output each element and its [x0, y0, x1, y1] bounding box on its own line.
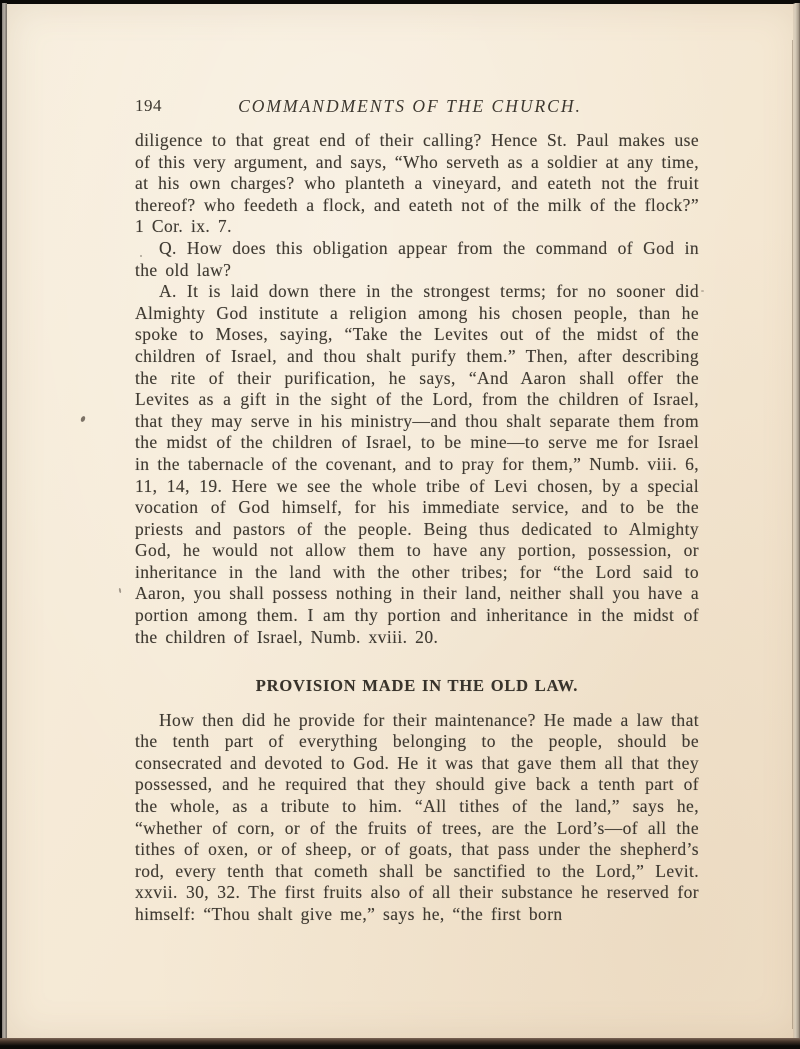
body-text-lower: PROVISION MADE IN THE OLD LAW. How then …: [135, 675, 699, 926]
section-heading: PROVISION MADE IN THE OLD LAW.: [135, 675, 699, 697]
scan-speck: [701, 290, 704, 292]
paragraph-answer: A. It is laid down there in the stronges…: [135, 281, 699, 648]
photo-edge-top: [0, 0, 800, 4]
photo-edge-bottom: [0, 1038, 800, 1049]
paragraph-question: Q. How does this obligation appear from …: [135, 238, 699, 281]
running-header-title: COMMANDMENTS OF THE CHURCH.: [238, 96, 582, 116]
page-number: 194: [135, 96, 162, 116]
scan-speck: [80, 415, 86, 422]
book-page: 194 COMMANDMENTS OF THE CHURCH. diligenc…: [7, 4, 800, 1038]
paragraph-provision: How then did he provide for their mainte…: [135, 710, 699, 926]
book-scan-photo: 194 COMMANDMENTS OF THE CHURCH. diligenc…: [0, 0, 800, 1049]
running-header-row: 194 COMMANDMENTS OF THE CHURCH.: [128, 96, 692, 120]
body-text-upper: diligence to that great end of their cal…: [135, 130, 699, 648]
paragraph-continuation: diligence to that great end of their cal…: [135, 130, 699, 238]
scan-speck: [140, 255, 142, 257]
scan-speck: [119, 588, 122, 593]
page-stack-edge-right: [793, 3, 800, 1040]
page-binding-edge: [2, 3, 7, 1039]
